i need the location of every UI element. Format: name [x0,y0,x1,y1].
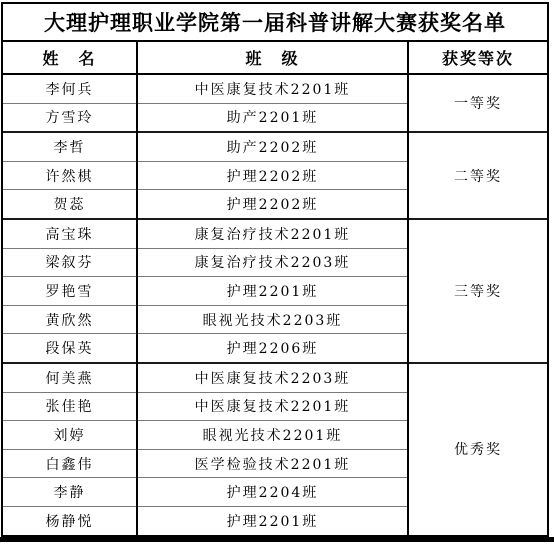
student-name-cell: 杨静悦 [2,506,137,535]
class-cell: 助产2202班 [137,132,408,161]
award-level-cell: 三等奖 [408,219,548,363]
class-cell: 康复治疗技术2201班 [137,219,408,248]
bottom-border-line [0,537,554,542]
student-name-cell: 李静 [2,478,137,507]
class-cell: 护理2204班 [137,478,408,507]
title-row: 大理护理职业学院第一届科普讲解大赛获奖名单 [2,3,548,41]
student-name-cell: 李哲 [2,132,137,161]
class-cell: 眼视光技术2201班 [137,421,408,450]
student-name-cell: 梁叙芬 [2,248,137,277]
student-name-cell: 贺蕊 [2,190,137,219]
class-cell: 护理2202班 [137,190,408,219]
class-cell: 中医康复技术2201班 [137,392,408,421]
column-header-class: 班 级 [137,41,408,74]
student-name-cell: 段保英 [2,334,137,363]
class-cell: 助产2201班 [137,103,408,132]
class-cell: 康复治疗技术2203班 [137,248,408,277]
class-cell: 中医康复技术2203班 [137,363,408,392]
student-name-cell: 黄欣然 [2,305,137,334]
student-name-cell: 罗艳雪 [2,277,137,306]
table-row: 何美燕中医康复技术2203班优秀奖 [2,363,548,392]
table-row: 李哲助产2202班二等奖 [2,132,548,161]
student-name-cell: 刘婷 [2,421,137,450]
class-cell: 护理2201班 [137,277,408,306]
student-name-cell: 何美燕 [2,363,137,392]
award-level-cell: 二等奖 [408,132,548,219]
class-cell: 护理2201班 [137,506,408,535]
class-cell: 护理2202班 [137,161,408,190]
student-name-cell: 方雪玲 [2,103,137,132]
table-row: 李何兵中医康复技术2201班一等奖 [2,74,548,103]
student-name-cell: 李何兵 [2,74,137,103]
column-header-name: 姓 名 [2,41,137,74]
award-table-body: 李何兵中医康复技术2201班一等奖方雪玲助产2201班李哲助产2202班二等奖许… [2,74,548,536]
award-table: 大理护理职业学院第一届科普讲解大赛获奖名单 姓 名 班 级 获奖等次 李何兵中医… [1,2,549,537]
award-level-cell: 优秀奖 [408,363,548,536]
class-cell: 护理2206班 [137,334,408,363]
document-title: 大理护理职业学院第一届科普讲解大赛获奖名单 [2,3,548,41]
class-cell: 医学检验技术2201班 [137,449,408,478]
header-row: 姓 名 班 级 获奖等次 [2,41,548,74]
award-level-cell: 一等奖 [408,74,548,132]
award-document: 大理护理职业学院第一届科普讲解大赛获奖名单 姓 名 班 级 获奖等次 李何兵中医… [1,2,547,537]
class-cell: 中医康复技术2201班 [137,74,408,103]
student-name-cell: 高宝珠 [2,219,137,248]
class-cell: 眼视光技术2203班 [137,305,408,334]
column-header-award: 获奖等次 [408,41,548,74]
student-name-cell: 白鑫伟 [2,449,137,478]
student-name-cell: 张佳艳 [2,392,137,421]
student-name-cell: 许然棋 [2,161,137,190]
table-row: 高宝珠康复治疗技术2201班三等奖 [2,219,548,248]
